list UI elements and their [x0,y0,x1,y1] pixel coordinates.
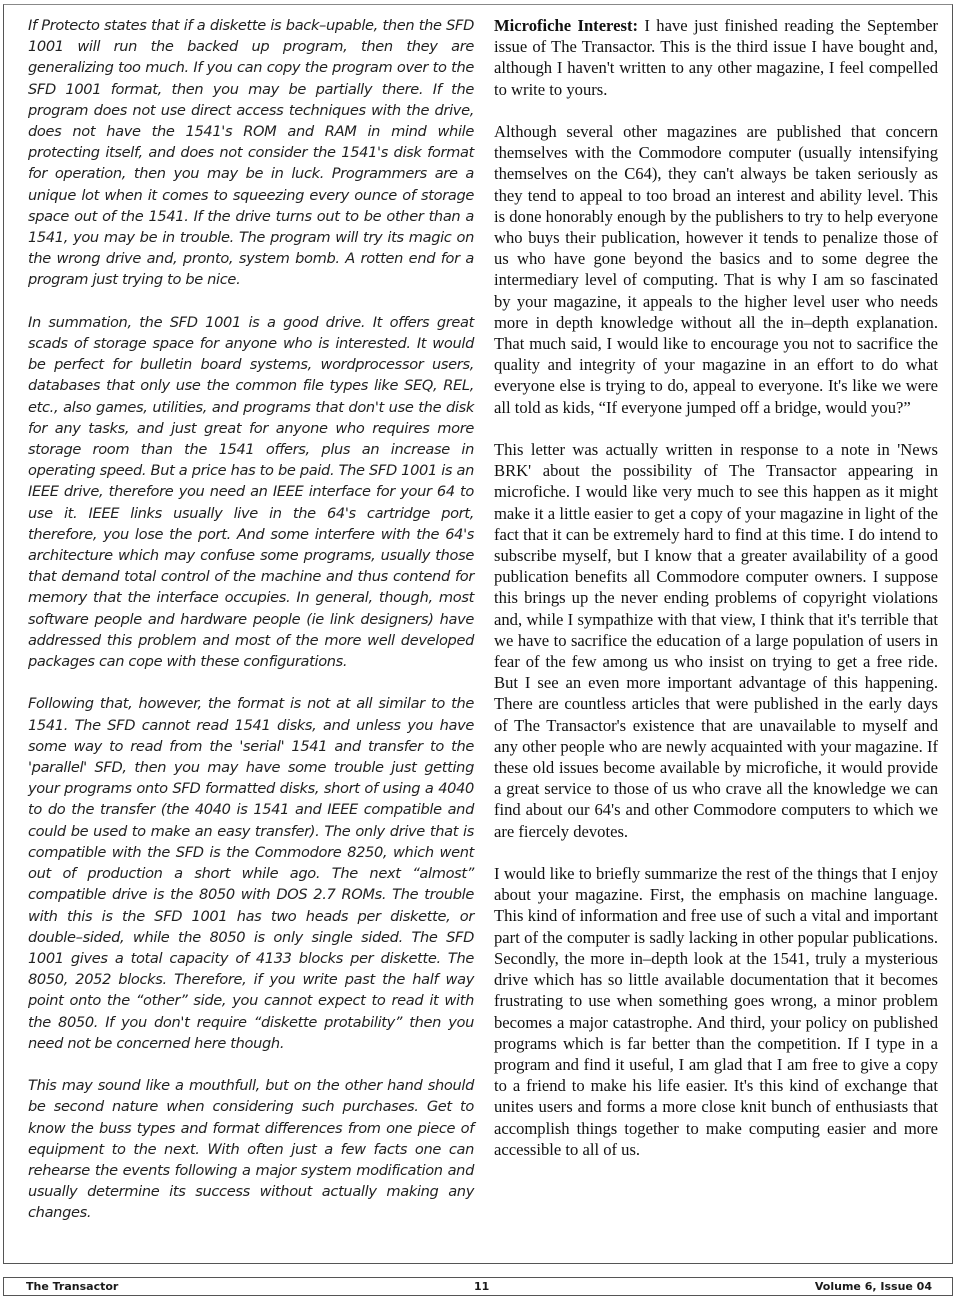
letter-heading: Microfiche Interest: [494,16,638,35]
footer-publication: The Transactor [26,1280,118,1293]
article-paragraph: In summation, the SFD 1001 is a good dri… [28,312,474,672]
article-paragraph: If Protecto states that if a diskette is… [28,15,474,291]
letter-intro-paragraph: Microfiche Interest: I have just finishe… [494,15,938,100]
page-footer: The Transactor 11 Volume 6, Issue 04 [3,1277,953,1296]
article-paragraph: Following that, however, the format is n… [28,693,474,1053]
letter-paragraph: This letter was actually written in resp… [494,439,938,842]
right-column: Microfiche Interest: I have just finishe… [494,15,938,1181]
left-column: If Protecto states that if a diskette is… [28,15,474,1245]
letter-paragraph: Although several other magazines are pub… [494,121,938,418]
letter-paragraph: I would like to briefly summarize the re… [494,863,938,1160]
footer-issue: Volume 6, Issue 04 [815,1280,932,1293]
page-frame: If Protecto states that if a diskette is… [3,4,953,1264]
article-paragraph: This may sound like a mouthfull, but on … [28,1075,474,1223]
footer-page-number: 11 [474,1280,489,1293]
